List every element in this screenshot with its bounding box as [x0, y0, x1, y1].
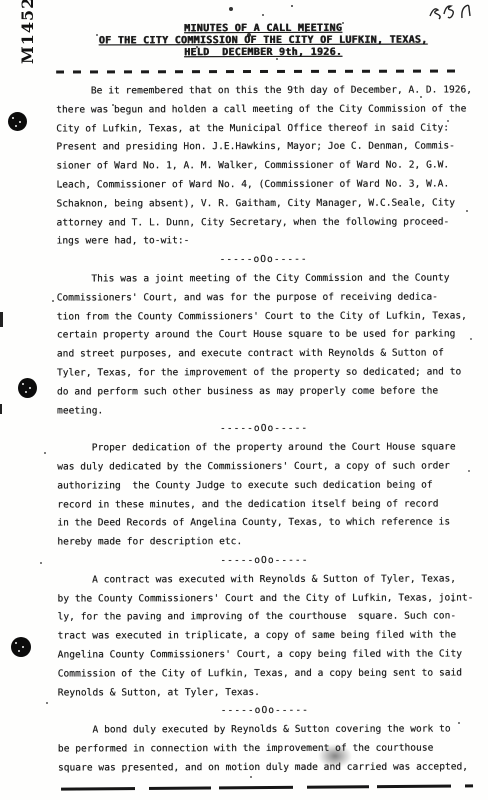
document-body: Be it remembered that on this the 9th da…	[56, 81, 472, 778]
section-separator: -----oOo-----	[57, 420, 471, 440]
paragraph: Proper dedication of the property around…	[57, 439, 471, 553]
scan-edge-line	[61, 785, 473, 791]
paragraph: Be it remembered that on this the 9th da…	[56, 81, 470, 251]
ink-punch-dot	[18, 378, 37, 398]
document-title: MINUTES OF A CALL MEETING OF THE CITY CO…	[56, 22, 470, 59]
title-line-3: HELD DECEMBER 9th, 1926.	[56, 46, 470, 59]
ink-punch-dot	[11, 637, 31, 657]
ink-punch-dot	[8, 112, 27, 131]
title-line-1: MINUTES OF A CALL MEETING	[56, 22, 470, 35]
paragraph: A bond duly executed by Reynolds & Sutto…	[58, 721, 472, 778]
title-line-2: OF THE CITY COMMISSION OF THE CITY OF LU…	[56, 34, 470, 47]
paragraph: This was a joint meeting of the City Com…	[57, 269, 471, 420]
section-separator: -----oOo-----	[57, 251, 471, 271]
section-separator: -----oOo-----	[58, 702, 472, 722]
section-separator: -----oOo-----	[57, 551, 471, 571]
scan-edge-mark	[0, 312, 3, 327]
document-content: MINUTES OF A CALL MEETING OF THE CITY CO…	[56, 0, 472, 790]
scan-edge-mark	[0, 404, 2, 414]
scan-noise-specks	[0, 0, 2, 2]
scanned-document-page: M14525 MINUTES OF A CALL MEETING OF THE …	[0, 0, 488, 800]
paragraph: A contract was executed with Reynolds & …	[57, 570, 471, 703]
dashed-rule	[56, 69, 462, 73]
archive-id-vertical: M14525	[18, 0, 37, 64]
